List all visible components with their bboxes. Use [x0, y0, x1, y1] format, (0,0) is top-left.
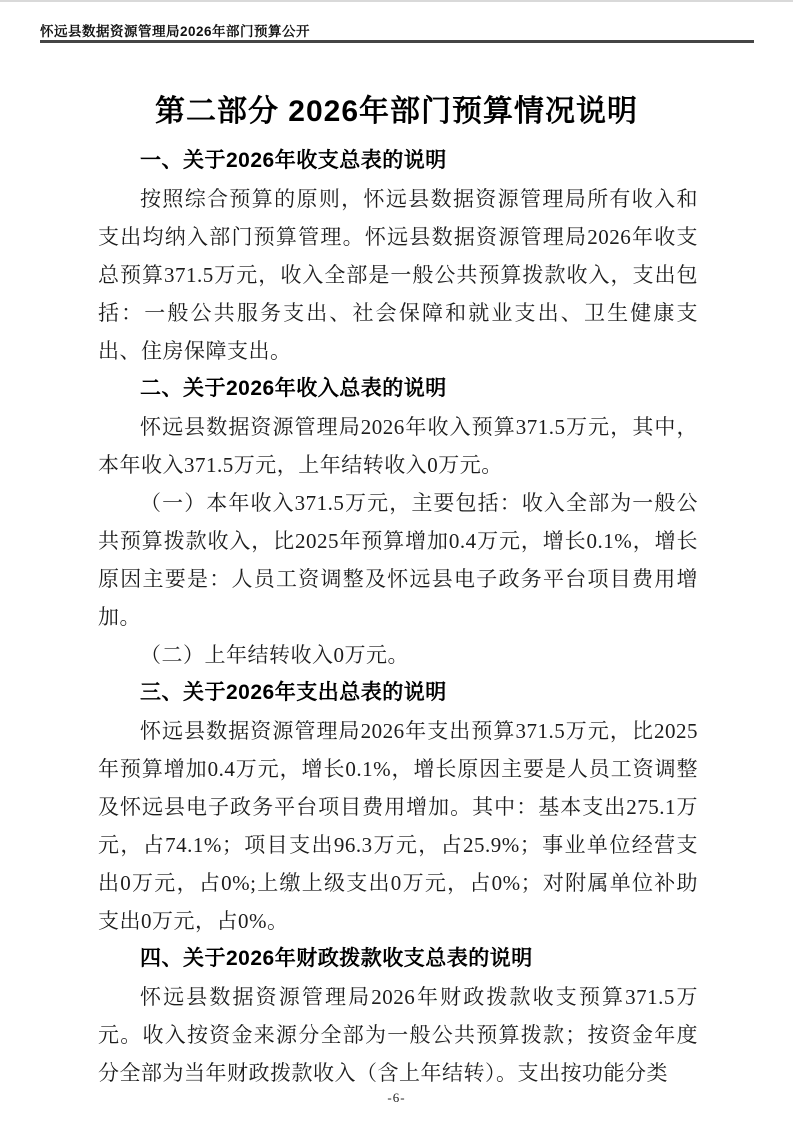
section-2-heading: 二、关于2026年收入总表的说明 — [98, 370, 698, 408]
section-1-paragraph-1: 按照综合预算的原则，怀远县数据资源管理局所有收入和支出均纳入部门预算管理。怀远县… — [98, 180, 698, 370]
document-page: 怀远县数据资源管理局2026年部门预算公开 第二部分 2026年部门预算情况说明… — [0, 0, 793, 1122]
page-title: 第二部分 2026年部门预算情况说明 — [0, 86, 793, 130]
page-top-edge — [0, 0, 793, 2]
section-3-paragraph-1: 怀远县数据资源管理局2026年支出预算371.5万元，比2025年预算增加0.4… — [98, 712, 698, 940]
section-4-heading: 四、关于2026年财政拨款收支总表的说明 — [98, 940, 698, 978]
section-2-paragraph-2: （一）本年收入371.5万元，主要包括：收入全部为一般公共预算拨款收入，比202… — [98, 484, 698, 636]
section-2-paragraph-1: 怀远县数据资源管理局2026年收入预算371.5万元，其中，本年收入371.5万… — [98, 408, 698, 484]
section-1-heading: 一、关于2026年收支总表的说明 — [98, 142, 698, 180]
section-4-paragraph-1: 怀远县数据资源管理局2026年财政拨款收支预算371.5万元。收入按资金来源分全… — [98, 978, 698, 1092]
section-3-heading: 三、关于2026年支出总表的说明 — [98, 674, 698, 712]
page-number: -6- — [0, 1090, 793, 1106]
section-2-paragraph-3: （二）上年结转收入0万元。 — [98, 636, 698, 674]
document-body: 一、关于2026年收支总表的说明 按照综合预算的原则，怀远县数据资源管理局所有收… — [98, 142, 698, 1092]
header-divider — [40, 40, 754, 43]
document-header: 怀远县数据资源管理局2026年部门预算公开 — [40, 20, 753, 40]
